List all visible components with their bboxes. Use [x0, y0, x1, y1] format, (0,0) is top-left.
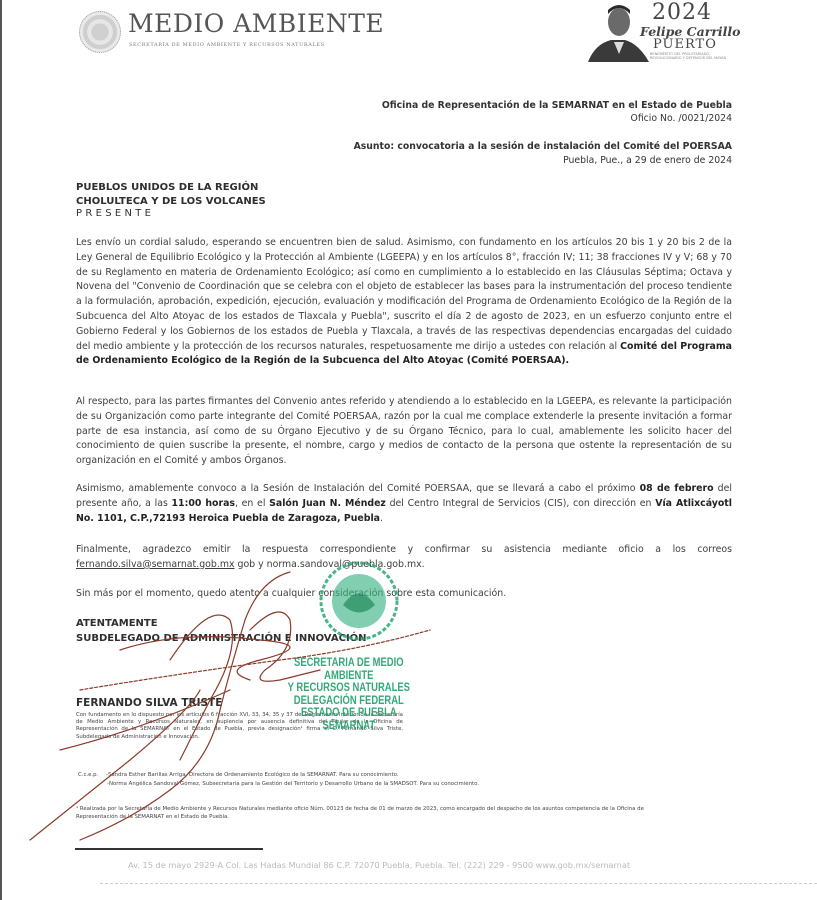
paragraph-confirmation: Finalmente, agradezco emitir la respuest…: [76, 543, 732, 573]
signer-name: FERNANDO SILVA TRISTE: [76, 697, 222, 709]
paragraph-invitation: Al respecto, para las partes firmantes d…: [76, 395, 732, 469]
footer-address: Av. 15 de mayo 2929-A Col. Las Hadas Mun…: [128, 860, 630, 870]
addressee-line-1: PUEBLOS UNIDOS DE LA REGIÓN: [76, 181, 266, 195]
session-venue: Salón Juan N. Méndez: [269, 498, 386, 509]
paragraph-session-details: Asimismo, amablemente convoco a la Sesió…: [76, 482, 732, 526]
commemoration-caption: BENEMÉRITO DEL PROLETARIADO, REVOLUCIONA…: [650, 52, 730, 60]
footnote-divider: [75, 848, 263, 850]
addressee-line-2: CHOLULTECA Y DE LOS VOLCANES: [76, 195, 266, 209]
footer-dashed-line: [100, 883, 817, 884]
scan-edge: [0, 0, 2, 900]
addressee: PUEBLOS UNIDOS DE LA REGIÓN CHOLULTECA Y…: [76, 181, 266, 209]
ccp-label: C.c.e.p.: [78, 771, 106, 780]
official-seal-stamp-icon: [318, 560, 400, 642]
office-heading: Oficina de Representación de la SEMARNAT…: [382, 100, 732, 111]
oficio-number: Oficio No. /0021/2024: [631, 113, 733, 124]
agency-logo-subtitle: SECRETARÍA DE MEDIO AMBIENTE Y RECURSOS …: [129, 42, 325, 48]
ccp-block: C.c.e.p.-Sandra Esther Barillas Arriga, …: [78, 771, 479, 788]
government-seal-icon: [79, 11, 121, 53]
email-link[interactable]: fernando.silva@semarnat.gob.mx: [76, 559, 235, 570]
closing-label: ATENTAMENTE: [76, 618, 158, 629]
session-date: 08 de febrero: [640, 483, 714, 494]
ccp-recipient-1: -Sandra Esther Barillas Arriga, Director…: [106, 772, 399, 778]
footnote: ¹ Realizada por la Secretaría de Medio A…: [76, 805, 676, 821]
presente-label: PRESENTE: [76, 208, 154, 219]
delegation-stamp: SECRETARIA DE MEDIO AMBIENTE Y RECURSOS …: [275, 657, 423, 732]
subject-line: Asunto: convocatoria a la sesión de inst…: [354, 141, 732, 152]
letter-date: Puebla, Pue., a 29 de enero de 2024: [563, 155, 732, 166]
paragraph-closing: Sin más por el momento, quedo atento a c…: [76, 587, 732, 602]
commemoration-surname: PUERTO: [653, 37, 717, 52]
ccp-recipient-2: -Norma Angélica Sandoval Gómez, Subsecre…: [78, 780, 479, 789]
year-badge: 2024: [652, 0, 712, 25]
paragraph-intro: Les envío un cordial saludo, esperando s…: [76, 236, 732, 369]
agency-logo-title: MEDIO AMBIENTE: [128, 9, 384, 38]
session-time: 11:00 horas: [172, 498, 235, 509]
